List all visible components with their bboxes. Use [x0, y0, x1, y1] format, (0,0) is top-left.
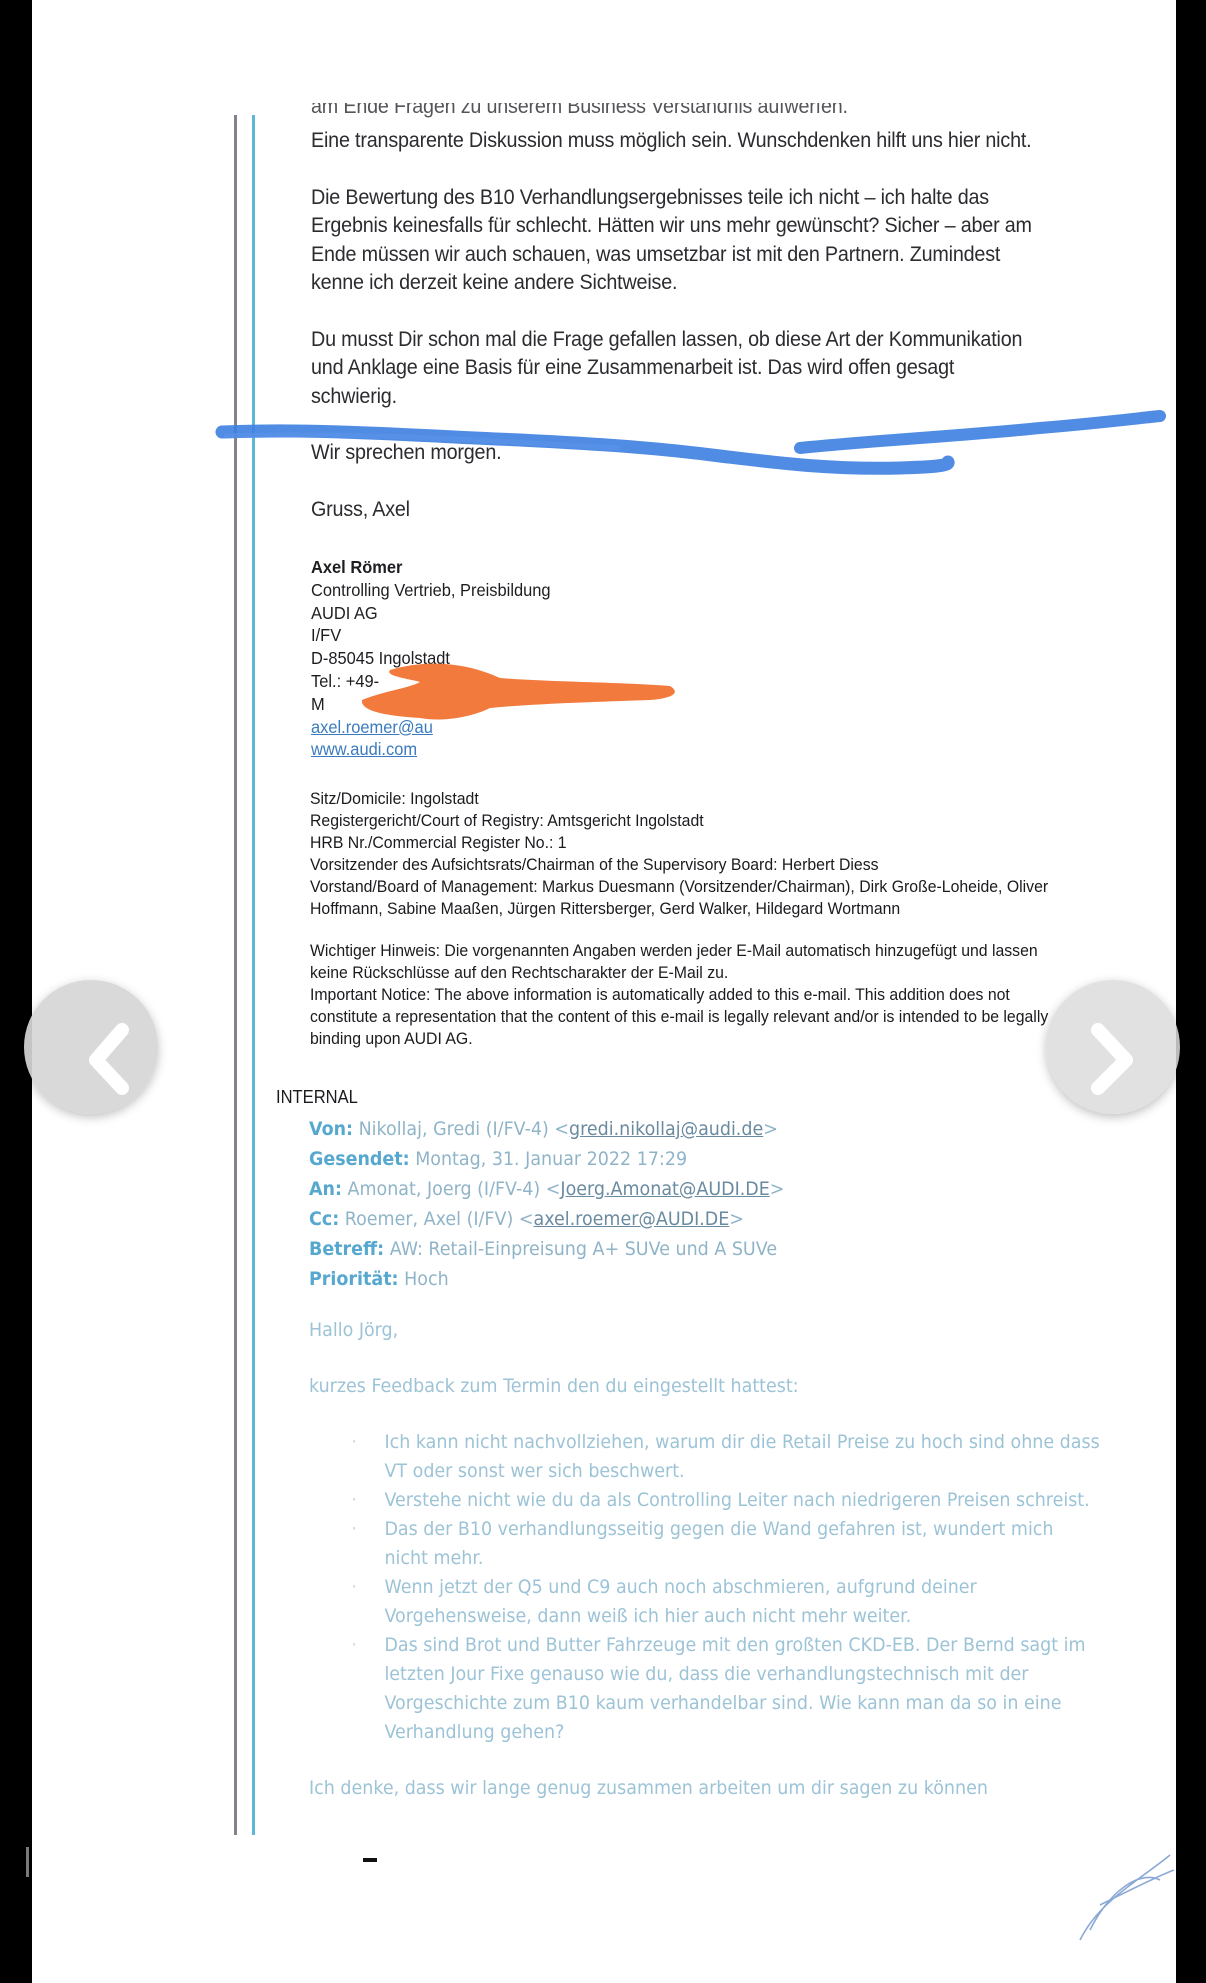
- feedback-item: Das der B10 verhandlungsseitig gegen die…: [384, 1515, 1100, 1573]
- notice-line: constitute a representation that the con…: [310, 1006, 1147, 1028]
- notice-line: Important Notice: The above information …: [310, 984, 1147, 1006]
- cc-email-link[interactable]: axel.roemer@AUDI.DE: [533, 1208, 729, 1230]
- signature-address: D-85045 Ingolstadt: [311, 647, 551, 670]
- reply-paragraph-2-line: Die Bewertung des B10 Verhandlungsergebn…: [311, 184, 1176, 213]
- legal-line: Hoffmann, Sabine Maaßen, Jürgen Rittersb…: [310, 898, 1128, 920]
- reply-paragraph-3-line: schwierig.: [311, 383, 1176, 412]
- legal-notice: Wichtiger Hinweis: Die vorgenannten Anga…: [310, 940, 1147, 1050]
- legal-line: Vorstand/Board of Management: Markus Due…: [310, 876, 1128, 898]
- legal-line: Vorsitzender des Aufsichtsrats/Chairman …: [310, 854, 1128, 876]
- sent-value: Montag, 31. Januar 2022 17:29: [415, 1148, 687, 1170]
- closing-line: Wir sprechen morgen.: [311, 439, 1176, 468]
- signature-department: I/FV: [311, 624, 551, 647]
- classification-label: INTERNAL: [276, 1087, 358, 1108]
- priority-value: Hoch: [404, 1268, 449, 1290]
- reply-paragraph-3-line: und Anklage eine Basis für eine Zusammen…: [311, 354, 1176, 383]
- email-signature: Axel Römer Controlling Vertrieb, Preisbi…: [311, 556, 551, 761]
- legal-line: Sitz/Domicile: Ingolstadt: [310, 788, 1128, 810]
- feedback-item: Das sind Brot und Butter Fahrzeuge mit d…: [384, 1631, 1100, 1747]
- notice-line: binding upon AUDI AG.: [310, 1028, 1147, 1050]
- signature-mobile: M: [311, 693, 551, 716]
- next-page-button[interactable]: [1046, 980, 1180, 1114]
- legal-footer: Sitz/Domicile: Ingolstadt Registergerich…: [310, 788, 1128, 920]
- intro-line: kurzes Feedback zum Termin den du einges…: [309, 1372, 1100, 1401]
- last-line: Ich denke, dass wir lange genug zusammen…: [309, 1774, 1100, 1803]
- notice-line: keine Rückschlüsse auf den Rechtscharakt…: [310, 962, 1147, 984]
- from-label: Von:: [309, 1118, 353, 1140]
- signature-title: Controlling Vertrieb, Preisbildung: [311, 579, 551, 602]
- quote-bar-blue: [252, 115, 255, 1835]
- signature-website-link[interactable]: www.audi.com: [311, 739, 417, 759]
- legal-line: HRB Nr./Commercial Register No.: 1: [310, 832, 1128, 854]
- feedback-item: Wenn jetzt der Q5 und C9 auch noch absch…: [384, 1573, 1100, 1631]
- chevron-right-icon: [1046, 980, 1180, 1114]
- reply-paragraph-1: Eine transparente Diskussion muss möglic…: [311, 127, 1176, 156]
- dash-mark: [363, 1858, 377, 1862]
- signature-email-link[interactable]: axel.roemer@au: [311, 717, 433, 737]
- legal-line: Registergericht/Court of Registry: Amtsg…: [310, 810, 1128, 832]
- closing-greeting: Gruss, Axel: [311, 496, 1176, 525]
- chevron-left-icon: [24, 980, 158, 1114]
- original-mail-body: Hallo Jörg, kurzes Feedback zum Termin d…: [309, 1316, 1100, 1803]
- signature-name: Axel Römer: [311, 556, 551, 579]
- subject-label: Betreff:: [309, 1238, 384, 1260]
- from-email-link[interactable]: gredi.nikollaj@audi.de: [569, 1118, 763, 1140]
- original-mail-header: Von: Nikollaj, Gredi (I/FV-4) <gredi.nik…: [309, 1114, 784, 1294]
- reply-paragraph-2-line: Ende müssen wir auch schauen, was umsetz…: [311, 241, 1176, 270]
- feedback-list: Ich kann nicht nachvollziehen, warum dir…: [309, 1428, 1100, 1747]
- reply-body: am Ende Fragen zu unserem Business Verst…: [311, 103, 1176, 524]
- priority-label: Priorität:: [309, 1268, 399, 1290]
- to-name: Amonat, Joerg (I/FV-4) <: [348, 1178, 561, 1200]
- signature-tel: Tel.: +49-: [311, 670, 551, 693]
- reply-paragraph-2-line: kenne ich derzeit keine andere Sichtweis…: [311, 269, 1176, 298]
- notice-line: Wichtiger Hinweis: Die vorgenannten Anga…: [310, 940, 1147, 962]
- reply-paragraph-3-line: Du musst Dir schon mal die Frage gefalle…: [311, 326, 1176, 355]
- from-name: Nikollaj, Gredi (I/FV-4) <: [359, 1118, 569, 1140]
- previous-page-button[interactable]: [24, 980, 158, 1114]
- quote-bar-dark: [234, 115, 237, 1835]
- sent-label: Gesendet:: [309, 1148, 410, 1170]
- cut-off-line: am Ende Fragen zu unserem Business Verst…: [311, 103, 1176, 119]
- reply-paragraph-2-line: Ergebnis keinesfalls für schlecht. Hätte…: [311, 212, 1176, 241]
- edge-marker: [26, 1847, 29, 1877]
- cc-label: Cc:: [309, 1208, 339, 1230]
- subject-value: AW: Retail-Einpreisung A+ SUVe und A SUV…: [390, 1238, 777, 1260]
- to-label: An:: [309, 1178, 342, 1200]
- greeting: Hallo Jörg,: [309, 1316, 1100, 1345]
- to-email-link[interactable]: Joerg.Amonat@AUDI.DE: [560, 1178, 769, 1200]
- feedback-item: Ich kann nicht nachvollziehen, warum dir…: [384, 1428, 1100, 1486]
- feedback-item: Verstehe nicht wie du da als Controlling…: [384, 1486, 1100, 1515]
- cc-name: Roemer, Axel (I/FV) <: [345, 1208, 534, 1230]
- signature-company: AUDI AG: [311, 602, 551, 625]
